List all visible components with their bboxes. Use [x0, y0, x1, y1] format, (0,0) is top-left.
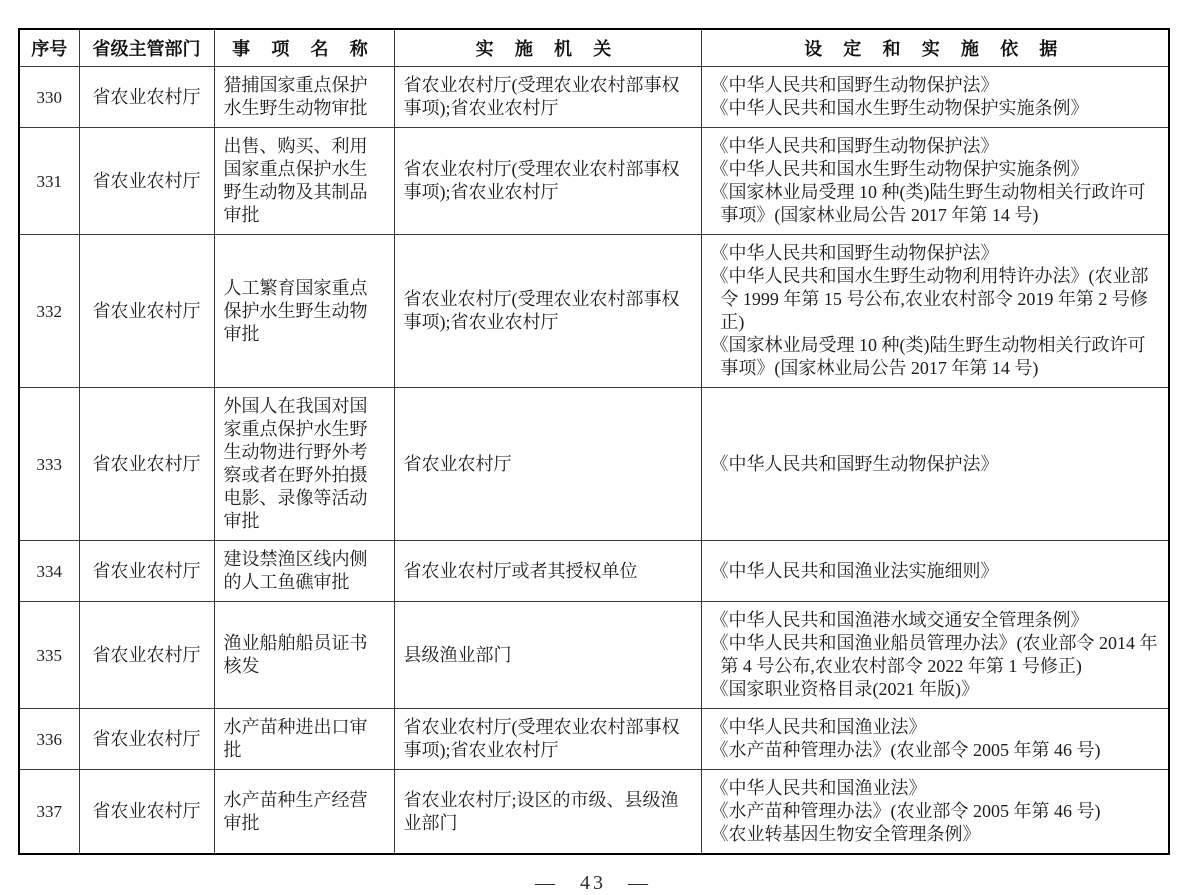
basis-entry: 《农业转基因生物安全管理条例》 — [711, 823, 1160, 846]
cell-seq: 331 — [19, 128, 79, 235]
table-row: 331 省农业农村厅 出售、购买、利用国家重点保护水生野生动物及其制品审批 省农… — [19, 128, 1169, 235]
cell-item: 外国人在我国对国家重点保护水生野生动物进行野外考察或者在野外拍摄电影、录像等活动… — [214, 388, 394, 541]
basis-entry: 《中华人民共和国渔业法实施细则》 — [711, 560, 1160, 583]
cell-dept: 省农业农村厅 — [79, 602, 214, 709]
table-body: 330 省农业农村厅 猎捕国家重点保护水生野生动物审批 省农业农村厅(受理农业农… — [19, 67, 1169, 855]
col-header-dept: 省级主管部门 — [79, 29, 214, 67]
cell-seq: 334 — [19, 541, 79, 602]
cell-seq: 336 — [19, 709, 79, 770]
cell-dept: 省农业农村厅 — [79, 67, 214, 128]
cell-basis: 《中华人民共和国渔业法实施细则》 — [701, 541, 1169, 602]
cell-dept: 省农业农村厅 — [79, 235, 214, 388]
basis-entry: 《国家林业局受理 10 种(类)陆生野生动物相关行政许可事项》(国家林业局公告 … — [711, 334, 1160, 380]
cell-dept: 省农业农村厅 — [79, 128, 214, 235]
col-header-agency: 实 施 机 关 — [394, 29, 701, 67]
page-number: — 43 — — [18, 872, 1168, 895]
basis-entry: 《国家职业资格目录(2021 年版)》 — [711, 678, 1160, 701]
table-row: 330 省农业农村厅 猎捕国家重点保护水生野生动物审批 省农业农村厅(受理农业农… — [19, 67, 1169, 128]
cell-agency: 省农业农村厅(受理农业农村部事权事项);省农业农村厅 — [394, 709, 701, 770]
basis-entry: 《中华人民共和国渔业船员管理办法》(农业部令 2014 年第 4 号公布,农业农… — [711, 632, 1160, 678]
cell-agency: 省农业农村厅;设区的市级、县级渔业部门 — [394, 770, 701, 855]
cell-agency: 省农业农村厅(受理农业农村部事权事项);省农业农村厅 — [394, 128, 701, 235]
cell-agency: 省农业农村厅(受理农业农村部事权事项);省农业农村厅 — [394, 235, 701, 388]
cell-dept: 省农业农村厅 — [79, 770, 214, 855]
basis-entry: 《中华人民共和国水生野生动物利用特许办法》(农业部令 1999 年第 15 号公… — [711, 265, 1160, 334]
cell-basis: 《中华人民共和国野生动物保护法》《中华人民共和国水生野生动物利用特许办法》(农业… — [701, 235, 1169, 388]
basis-entry: 《中华人民共和国野生动物保护法》 — [711, 453, 1160, 476]
cell-seq: 337 — [19, 770, 79, 855]
basis-entry: 《中华人民共和国野生动物保护法》 — [711, 74, 1160, 97]
table-row: 334 省农业农村厅 建设禁渔区线内侧的人工鱼礁审批 省农业农村厅或者其授权单位… — [19, 541, 1169, 602]
cell-dept: 省农业农村厅 — [79, 388, 214, 541]
col-header-basis: 设 定 和 实 施 依 据 — [701, 29, 1169, 67]
cell-item: 水产苗种进出口审批 — [214, 709, 394, 770]
basis-entry: 《中华人民共和国野生动物保护法》 — [711, 135, 1160, 158]
cell-agency: 县级渔业部门 — [394, 602, 701, 709]
basis-entry: 《中华人民共和国水生野生动物保护实施条例》 — [711, 158, 1160, 181]
basis-entry: 《水产苗种管理办法》(农业部令 2005 年第 46 号) — [711, 800, 1160, 823]
basis-entry: 《中华人民共和国渔业法》 — [711, 777, 1160, 800]
approval-items-table: 序号 省级主管部门 事 项 名 称 实 施 机 关 设 定 和 实 施 依 据 … — [18, 28, 1170, 855]
basis-entry: 《中华人民共和国水生野生动物保护实施条例》 — [711, 97, 1160, 120]
cell-basis: 《中华人民共和国渔业法》《水产苗种管理办法》(农业部令 2005 年第 46 号… — [701, 709, 1169, 770]
cell-seq: 335 — [19, 602, 79, 709]
cell-dept: 省农业农村厅 — [79, 709, 214, 770]
basis-entry: 《水产苗种管理办法》(农业部令 2005 年第 46 号) — [711, 739, 1160, 762]
cell-basis: 《中华人民共和国野生动物保护法》《中华人民共和国水生野生动物保护实施条例》 — [701, 67, 1169, 128]
col-header-item: 事 项 名 称 — [214, 29, 394, 67]
header-row: 序号 省级主管部门 事 项 名 称 实 施 机 关 设 定 和 实 施 依 据 — [19, 29, 1169, 67]
col-header-seq: 序号 — [19, 29, 79, 67]
cell-item: 建设禁渔区线内侧的人工鱼礁审批 — [214, 541, 394, 602]
cell-basis: 《中华人民共和国野生动物保护法》《中华人民共和国水生野生动物保护实施条例》《国家… — [701, 128, 1169, 235]
cell-seq: 332 — [19, 235, 79, 388]
table-header: 序号 省级主管部门 事 项 名 称 实 施 机 关 设 定 和 实 施 依 据 — [19, 29, 1169, 67]
document-page: 序号 省级主管部门 事 项 名 称 实 施 机 关 设 定 和 实 施 依 据 … — [0, 0, 1186, 883]
basis-entry: 《国家林业局受理 10 种(类)陆生野生动物相关行政许可事项》(国家林业局公告 … — [711, 181, 1160, 227]
basis-entry: 《中华人民共和国野生动物保护法》 — [711, 242, 1160, 265]
cell-seq: 330 — [19, 67, 79, 128]
basis-entry: 《中华人民共和国渔业法》 — [711, 716, 1160, 739]
cell-item: 渔业船舶船员证书核发 — [214, 602, 394, 709]
cell-item: 猎捕国家重点保护水生野生动物审批 — [214, 67, 394, 128]
basis-entry: 《中华人民共和国渔港水域交通安全管理条例》 — [711, 609, 1160, 632]
cell-dept: 省农业农村厅 — [79, 541, 214, 602]
cell-item: 水产苗种生产经营审批 — [214, 770, 394, 855]
cell-basis: 《中华人民共和国野生动物保护法》 — [701, 388, 1169, 541]
cell-agency: 省农业农村厅或者其授权单位 — [394, 541, 701, 602]
cell-seq: 333 — [19, 388, 79, 541]
cell-agency: 省农业农村厅(受理农业农村部事权事项);省农业农村厅 — [394, 67, 701, 128]
cell-basis: 《中华人民共和国渔港水域交通安全管理条例》《中华人民共和国渔业船员管理办法》(农… — [701, 602, 1169, 709]
table-row: 336 省农业农村厅 水产苗种进出口审批 省农业农村厅(受理农业农村部事权事项)… — [19, 709, 1169, 770]
table-row: 335 省农业农村厅 渔业船舶船员证书核发 县级渔业部门 《中华人民共和国渔港水… — [19, 602, 1169, 709]
cell-basis: 《中华人民共和国渔业法》《水产苗种管理办法》(农业部令 2005 年第 46 号… — [701, 770, 1169, 855]
cell-agency: 省农业农村厅 — [394, 388, 701, 541]
cell-item: 出售、购买、利用国家重点保护水生野生动物及其制品审批 — [214, 128, 394, 235]
table-row: 333 省农业农村厅 外国人在我国对国家重点保护水生野生动物进行野外考察或者在野… — [19, 388, 1169, 541]
cell-item: 人工繁育国家重点保护水生野生动物审批 — [214, 235, 394, 388]
table-row: 337 省农业农村厅 水产苗种生产经营审批 省农业农村厅;设区的市级、县级渔业部… — [19, 770, 1169, 855]
table-row: 332 省农业农村厅 人工繁育国家重点保护水生野生动物审批 省农业农村厅(受理农… — [19, 235, 1169, 388]
